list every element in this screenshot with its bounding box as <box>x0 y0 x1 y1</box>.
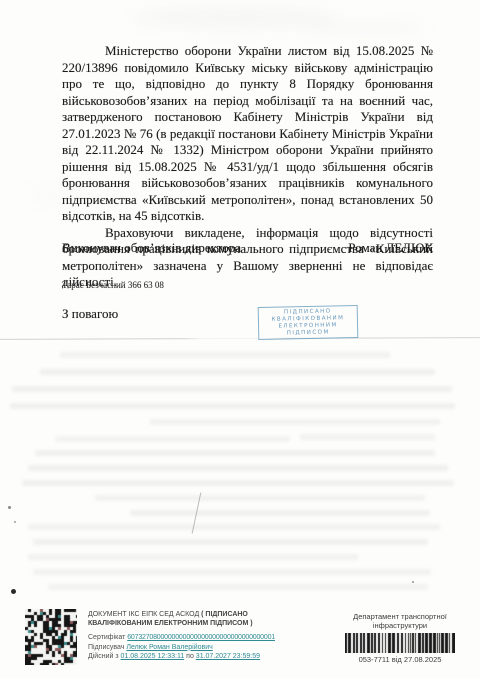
signer-label: Підписувач <box>88 644 126 651</box>
electronic-signature-stamp: ПІДПИСАНО КВАЛІФІКОВАНИМ ЕЛЕКТРОННИМ ПІД… <box>258 305 359 340</box>
ghost-text-line <box>300 434 435 440</box>
signer-name: Роман ЛЕЛЮК <box>348 240 433 256</box>
ghost-text-line <box>40 369 435 375</box>
ghost-text-line <box>28 524 440 530</box>
qr-code <box>25 609 77 665</box>
valid-to-label: по <box>184 653 196 660</box>
askod-header-prefix: ДОКУМЕНТ ІКС ЕІПК СЕД АСКОД <box>88 611 201 618</box>
askod-signature-block: ДОКУМЕНТ ІКС ЕІПК СЕД АСКОД ( ПІДПИСАНО … <box>88 610 296 662</box>
ink-speck <box>8 506 11 509</box>
scanned-letter-page: Міністерство оборони України листом від … <box>0 0 480 679</box>
registration-block: Департамент транспортної інфраструктури … <box>338 612 462 664</box>
closing-phrase: З повагою <box>62 306 433 323</box>
ink-speck <box>11 589 16 594</box>
department-name-line1: Департамент транспортної <box>338 612 462 621</box>
ghost-text-line <box>150 419 440 425</box>
signer-title: Виконувач обов’язків директора <box>62 240 241 256</box>
ghost-text-line <box>33 569 431 575</box>
certificate-signer-name: Лелюк Роман Валерійович <box>126 644 212 651</box>
certificate-details: Сертифікат 60732708000000000000000000000… <box>88 633 296 662</box>
paper-crease-line <box>0 337 480 340</box>
certificate-line: Сертифікат 60732708000000000000000000000… <box>88 633 296 643</box>
scan-smudge <box>300 22 430 34</box>
ghost-text-line <box>55 436 290 442</box>
ghost-text-line <box>95 495 425 501</box>
ghost-text-line <box>10 403 455 409</box>
ghost-text-line <box>22 480 454 486</box>
ghost-text-line <box>48 584 428 590</box>
signer-line: Підписувач Лелюк Роман Валерійович <box>88 643 296 653</box>
validity-line: Дійсний з 01.08.2025 12:33:11 по 31.07.2… <box>88 652 296 662</box>
department-name-line2: інфраструктури <box>338 621 462 630</box>
valid-from-datetime: 01.08.2025 12:33:11 <box>121 653 185 660</box>
stamp-line: ПІДПИСОМ <box>261 329 355 338</box>
ghost-text-line <box>130 510 430 516</box>
ink-speck <box>412 581 414 583</box>
askod-header: ДОКУМЕНТ ІКС ЕІПК СЕД АСКОД ( ПІДПИСАНО … <box>88 610 296 628</box>
signature-row: Виконувач обов’язків директора Роман ЛЕЛ… <box>62 240 433 256</box>
valid-to-datetime: 31.07.2027 23:59:59 <box>196 653 260 660</box>
valid-label: Дійсний з <box>88 653 121 660</box>
registration-number: 053-7711 від 27.08.2025 <box>338 655 462 664</box>
letter-paragraph-1: Міністерство оборони України листом від … <box>62 43 433 225</box>
registration-barcode <box>345 633 455 653</box>
ghost-text-line <box>12 386 452 392</box>
ghost-text-line <box>60 352 390 358</box>
executor-contact: Тарас Безчасний 366 63 08 <box>62 280 164 290</box>
certificate-label: Сертифікат <box>88 634 127 641</box>
scan-hair-artifact <box>192 492 202 533</box>
certificate-number: 6073270800000000000000000000000000000001 <box>127 634 275 641</box>
ghost-text-line <box>33 539 428 545</box>
ghost-text-line <box>28 554 358 560</box>
ghost-text-line <box>35 450 435 456</box>
ink-speck <box>14 521 16 523</box>
ghost-text-line <box>28 465 448 471</box>
